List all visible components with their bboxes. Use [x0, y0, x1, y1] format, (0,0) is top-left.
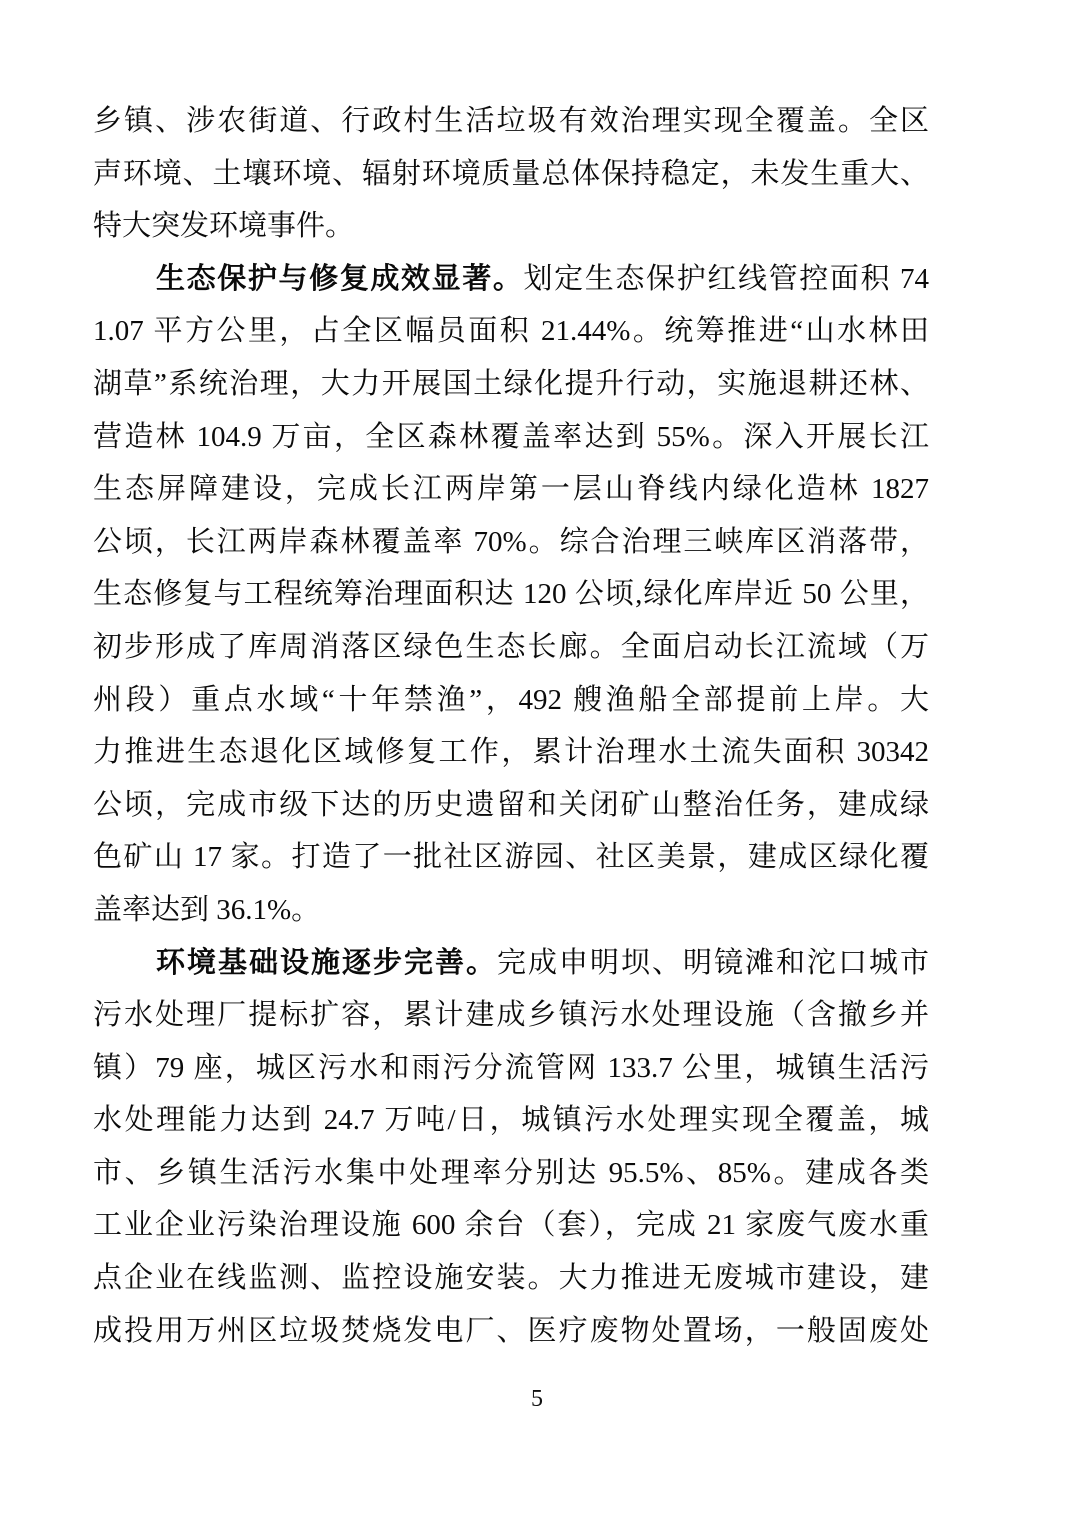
text-segment: 成投用万州区垃圾焚烧发电厂、医疗废物处置场，一般固废处 — [93, 1315, 929, 1347]
text-line: 1.07 平方公里，占全区幅员面积 21.44%。统筹推进“山水林田 — [93, 305, 929, 358]
text-line: 污水处理厂提标扩容，累计建成乡镇污水处理设施（含撤乡并 — [93, 989, 929, 1042]
text-line: 生态保护与修复成效显著。划定生态保护红线管控面积 74 — [93, 253, 929, 306]
text-segment: 乡镇、涉农街道、行政村生活垃圾有效治理实现全覆盖。全区 — [93, 105, 929, 137]
text-segment: 镇）79 座，城区污水和雨污分流管网 133.7 公里，城镇生活污 — [93, 1052, 929, 1084]
text-line: 色矿山 17 家。打造了一批社区游园、社区美景，建成区绿化覆 — [93, 831, 929, 884]
text-line: 乡镇、涉农街道、行政村生活垃圾有效治理实现全覆盖。全区 — [93, 95, 929, 148]
text-line: 营造林 104.9 万亩，全区森林覆盖率达到 55%。深入开展长江 — [93, 411, 929, 464]
text-line: 州段）重点水域“十年禁渔”，492 艘渔船全部提前上岸。大 — [93, 674, 929, 727]
text-segment: 公顷，完成市级下达的历史遗留和关闭矿山整治任务，建成绿 — [93, 789, 929, 821]
text-segment: 污水处理厂提标扩容，累计建成乡镇污水处理设施（含撤乡并 — [93, 999, 929, 1031]
text-line: 市、乡镇生活污水集中处理率分别达 95.5%、85%。建成各类 — [93, 1147, 929, 1200]
page-number: 5 — [0, 1386, 1074, 1413]
text-segment: 1.07 平方公里，占全区幅员面积 21.44%。统筹推进“山水林田 — [93, 315, 929, 347]
text-line: 生态屏障建设，完成长江两岸第一层山脊线内绿化造林 1827 — [93, 463, 929, 516]
text-line: 成投用万州区垃圾焚烧发电厂、医疗废物处置场，一般固废处 — [93, 1305, 929, 1358]
text-line: 盖率达到 36.1%。 — [93, 884, 929, 937]
document-body: 乡镇、涉农街道、行政村生活垃圾有效治理实现全覆盖。全区声环境、土壤环境、辐射环境… — [93, 95, 929, 1357]
section-heading: 环境基础设施逐步完善。 — [156, 947, 497, 979]
text-segment: 特大突发环境事件。 — [93, 210, 354, 242]
text-line: 水处理能力达到 24.7 万吨/日，城镇污水处理实现全覆盖，城 — [93, 1094, 929, 1147]
text-segment: 生态修复与工程统筹治理面积达 120 公顷,绿化库岸近 50 公里， — [93, 578, 929, 610]
text-segment: 划定生态保护红线管控面积 74 — [524, 263, 929, 295]
text-line: 初步形成了库周消落区绿色生态长廊。全面启动长江流域（万 — [93, 621, 929, 674]
text-segment: 初步形成了库周消落区绿色生态长廊。全面启动长江流域（万 — [93, 631, 929, 663]
text-line: 力推进生态退化区域修复工作，累计治理水土流失面积 30342 — [93, 726, 929, 779]
text-line: 生态修复与工程统筹治理面积达 120 公顷,绿化库岸近 50 公里， — [93, 568, 929, 621]
text-line: 点企业在线监测、监控设施安装。大力推进无废城市建设，建 — [93, 1252, 929, 1305]
text-segment: 生态屏障建设，完成长江两岸第一层山脊线内绿化造林 1827 — [93, 473, 929, 505]
section-heading: 生态保护与修复成效显著。 — [156, 263, 524, 295]
text-segment: 完成申明坝、明镜滩和沱口城市 — [497, 947, 929, 979]
text-line: 公顷，长江两岸森林覆盖率 70%。综合治理三峡库区消落带， — [93, 516, 929, 569]
text-line: 公顷，完成市级下达的历史遗留和关闭矿山整治任务，建成绿 — [93, 779, 929, 832]
text-line: 湖草”系统治理，大力开展国土绿化提升行动，实施退耕还林、 — [93, 358, 929, 411]
text-segment: 州段）重点水域“十年禁渔”，492 艘渔船全部提前上岸。大 — [93, 684, 929, 716]
text-line: 环境基础设施逐步完善。完成申明坝、明镜滩和沱口城市 — [93, 937, 929, 990]
text-line: 声环境、土壤环境、辐射环境质量总体保持稳定，未发生重大、 — [93, 148, 929, 201]
text-line: 镇）79 座，城区污水和雨污分流管网 133.7 公里，城镇生活污 — [93, 1042, 929, 1095]
text-segment: 湖草”系统治理，大力开展国土绿化提升行动，实施退耕还林、 — [93, 368, 929, 400]
text-segment: 力推进生态退化区域修复工作，累计治理水土流失面积 30342 — [93, 736, 929, 768]
text-segment: 公顷，长江两岸森林覆盖率 70%。综合治理三峡库区消落带， — [93, 526, 929, 558]
text-segment: 色矿山 17 家。打造了一批社区游园、社区美景，建成区绿化覆 — [93, 841, 929, 873]
text-segment: 点企业在线监测、监控设施安装。大力推进无废城市建设，建 — [93, 1262, 929, 1294]
text-segment: 市、乡镇生活污水集中处理率分别达 95.5%、85%。建成各类 — [93, 1157, 929, 1189]
text-segment: 声环境、土壤环境、辐射环境质量总体保持稳定，未发生重大、 — [93, 158, 929, 190]
text-segment: 营造林 104.9 万亩，全区森林覆盖率达到 55%。深入开展长江 — [93, 421, 929, 453]
text-segment: 水处理能力达到 24.7 万吨/日，城镇污水处理实现全覆盖，城 — [93, 1104, 929, 1136]
text-segment: 工业企业污染治理设施 600 余台（套），完成 21 家废气废水重 — [93, 1209, 929, 1241]
document-page: 乡镇、涉农街道、行政村生活垃圾有效治理实现全覆盖。全区声环境、土壤环境、辐射环境… — [0, 0, 1074, 1520]
text-line: 特大突发环境事件。 — [93, 200, 929, 253]
text-line: 工业企业污染治理设施 600 余台（套），完成 21 家废气废水重 — [93, 1199, 929, 1252]
text-segment: 盖率达到 36.1%。 — [93, 894, 320, 926]
